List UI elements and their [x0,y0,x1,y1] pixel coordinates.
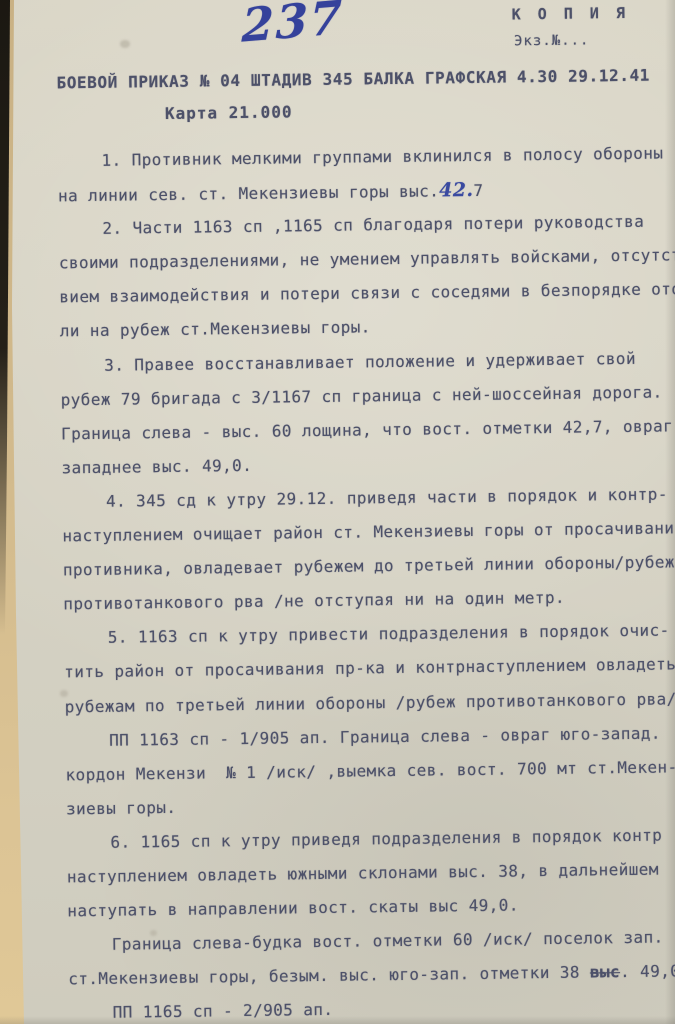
copy-number-label: Экз.№... [514,32,590,49]
typed-text: рубежам по третьей линии обороны /рубеж … [65,689,675,716]
typed-text: . 49,0 [620,962,675,982]
typed-text: выс [590,962,620,981]
document-body: 1. Противник мелкими группами вклинился … [57,136,675,1024]
typed-text: 5. 1163 сп к утру привести подразделения… [108,621,670,647]
typed-text: 1. Противник мелкими группами вклинился … [101,143,663,169]
typed-text: на линии сев. ст. Мекензиевы горы выс. [58,182,439,206]
typed-text: вием взаимодействия и потери связи с сос… [59,279,675,306]
typed-text: ст.Мекензиевы горы, безым. выс. юго-зап.… [68,963,590,989]
handwritten-page-number: 237 [241,0,344,53]
typed-text: западнее выс. 49,0. [61,456,252,477]
typed-text: ли на рубеж ст.Мекензиевы горы. [60,318,371,341]
document-title: БОЕВОЙ ПРИКАЗ № 04 ШТАДИВ 345 БАЛКА ГРАФ… [56,66,650,93]
typed-text: наступать в направлении вост. скаты выс … [67,895,519,920]
typed-text: 3. Правее восстанавливает положение и уд… [104,348,636,374]
typed-text: кордон Мекензи № 1 /иск/ ,выемка сев. во… [65,757,675,784]
typed-text: 7 [473,181,483,200]
typed-text: наступлением очищает район ст. Мекензиев… [62,518,675,545]
typed-text: противника, овладевает рубежем до третье… [63,552,675,579]
handwritten-insertion: 42. [439,179,474,201]
typed-text: зиевы горы. [66,798,177,818]
document-content: 237 К О П И Я Экз.№... БОЕВОЙ ПРИКАЗ № 0… [0,0,675,1024]
typed-text: ПП 1163 сп - 1/905 ап. Граница слева - о… [109,723,661,749]
typed-text: рубеж 79 бригада с 3/1167 сп граница с н… [61,382,663,409]
typed-text: ПП 1165 сп - 2/905 ап. [113,1000,334,1022]
typed-text: своими подразделениями, не умением управ… [59,246,675,273]
typed-text: 6. 1165 сп к утру приведя подразделения … [110,825,662,851]
scanned-document-page: { "colors": { "paper": "#d5d1c2", "typed… [0,0,675,1024]
typed-text: 2. Части 1163 сп ,1165 сп благодаря поте… [102,212,644,238]
typed-text: наступлением овладеть южными склонами вы… [67,860,659,887]
typed-text: тить район от просачивания пр-ка и контр… [64,655,675,682]
typed-text: Граница слева - выс. 60 лощина, что вост… [61,416,673,443]
copy-stamp-label: К О П И Я [512,4,630,24]
typed-text: Граница слева-будка вост. отметки 60 /ис… [112,928,664,954]
typed-text: 4. 345 сд к утру 29.12. приведя части в … [106,484,668,510]
map-reference: Карта 21.000 [165,102,293,123]
typed-text: противотанкового рва /не отступая ни на … [63,588,565,614]
